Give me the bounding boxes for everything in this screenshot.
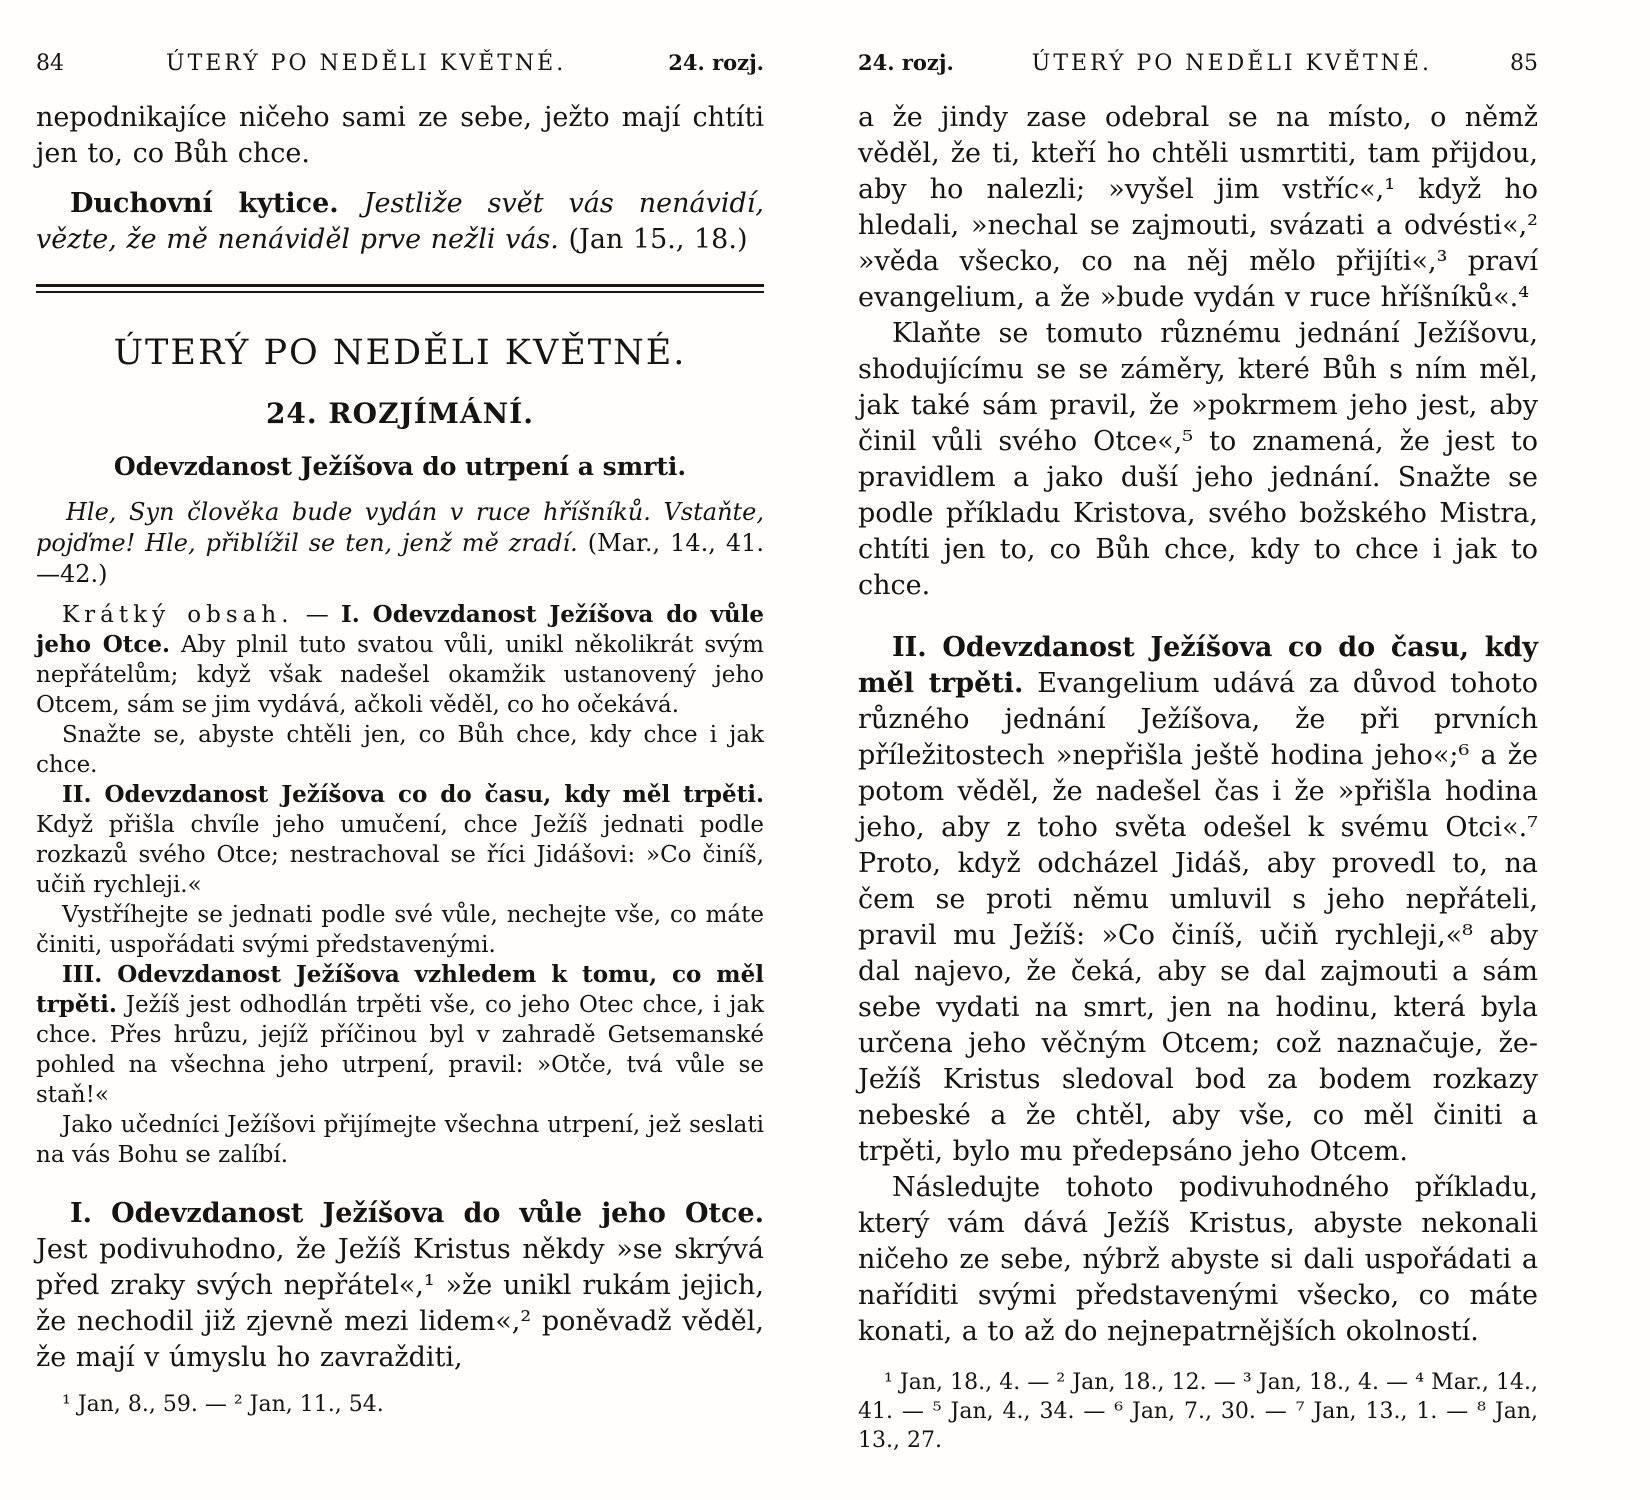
- section-1-heading: I. Odevzdanost Ježíšova do vůle jeho Otc…: [70, 1198, 764, 1229]
- summary-item-2: II. Odevzdanost Ježíšova co do času, kdy…: [36, 780, 764, 900]
- page-number-right: 85: [1510, 51, 1538, 76]
- continuation-paragraph: nepodnikajíce ničeho sami ze sebe, ježto…: [36, 100, 764, 172]
- chapter-title: ÚTERÝ PO NEDĚLI KVĚTNÉ.: [36, 333, 764, 373]
- summary-dash: —: [306, 602, 329, 628]
- summary-item-2-text: Když přišla chvíle jeho umučení, chce Je…: [36, 812, 764, 898]
- short-summary-block: Krátký obsah. — I. Odevzdanost Ježíšova …: [36, 600, 764, 1170]
- summary-item-3: III. Odevzdanost Ježíšova vzhledem k tom…: [36, 960, 764, 1110]
- paragraph-klante: Klaňte se tomuto různému jednání Ježíšov…: [858, 316, 1538, 604]
- spiritual-bouquet-paragraph: Duchovní kytice. Jestliže svět vás nenáv…: [36, 186, 764, 258]
- footnotes-right: ¹ Jan, 18., 4. — ² Jan, 18., 12. — ³ Jan…: [858, 1368, 1538, 1455]
- page-left: 84 ÚTERÝ PO NEDĚLI KVĚTNÉ. 24. rozj. nep…: [36, 0, 764, 1419]
- running-head-right: 24. rozj. ÚTERÝ PO NEDĚLI KVĚTNÉ. 85: [858, 0, 1538, 76]
- page-number-left: 84: [36, 51, 64, 76]
- footnotes-left: ¹ Jan, 8., 59. — ² Jan, 11., 54.: [36, 1390, 764, 1419]
- bouquet-citation: (Jan 15., 18.): [568, 224, 747, 255]
- summary-item-1: Krátký obsah. — I. Odevzdanost Ježíšova …: [36, 600, 764, 720]
- bouquet-label: Duchovní kytice.: [70, 188, 339, 219]
- summary-note-1: Snažte se, abyste chtěli jen, co Bůh chc…: [36, 720, 764, 780]
- section-2-text: Evangelium udává za důvod tohoto různého…: [858, 668, 1538, 1167]
- chapter-subtitle: Odevzdanost Ježíšova do utrpení a smrti.: [36, 452, 764, 481]
- summary-note-2: Vystříhejte se jednati podle své vůle, n…: [36, 900, 764, 960]
- running-title-left: ÚTERÝ PO NEDĚLI KVĚTNÉ.: [166, 51, 566, 76]
- running-head-left: 84 ÚTERÝ PO NEDĚLI KVĚTNÉ. 24. rozj.: [36, 0, 764, 76]
- paragraph-nasledujte: Následujte tohoto podivuhodného příkladu…: [858, 1170, 1538, 1350]
- section-2-paragraph: II. Odevzdanost Ježíšova co do času, kdy…: [858, 630, 1538, 1170]
- running-title-right: ÚTERÝ PO NEDĚLI KVĚTNÉ.: [1032, 51, 1432, 76]
- section-1-text: Jest podivuhodno, že Ježíš Kristus někdy…: [36, 1234, 764, 1373]
- section-1-paragraph: I. Odevzdanost Ježíšova do vůle jeho Otc…: [36, 1196, 764, 1376]
- chapter-divider-rule: [36, 284, 764, 293]
- meditation-ref-right: 24. rozj.: [858, 50, 954, 75]
- continuation-paragraph-right: a že jindy zase odebral se na místo, o n…: [858, 100, 1538, 316]
- summary-item-2-heading: II. Odevzdanost Ježíšova co do času, kdy…: [62, 781, 764, 808]
- meditation-ref-left: 24. rozj.: [668, 50, 764, 75]
- summary-note-3: Jako učedníci Ježíšovi přijímejte všechn…: [36, 1110, 764, 1170]
- summary-label: Krátký obsah.: [62, 602, 294, 628]
- scripture-epigraph: Hle, Syn člověka bude vydán v ruce hříšn…: [36, 497, 764, 590]
- page-right: 24. rozj. ÚTERÝ PO NEDĚLI KVĚTNÉ. 85 a ž…: [858, 0, 1538, 1455]
- meditation-number-heading: 24. ROZJÍMÁNÍ.: [36, 397, 764, 430]
- book-spread: 84 ÚTERÝ PO NEDĚLI KVĚTNÉ. 24. rozj. nep…: [0, 0, 1650, 1500]
- summary-item-3-text: Ježíš jest odhodlán trpěti vše, co jeho …: [36, 992, 764, 1108]
